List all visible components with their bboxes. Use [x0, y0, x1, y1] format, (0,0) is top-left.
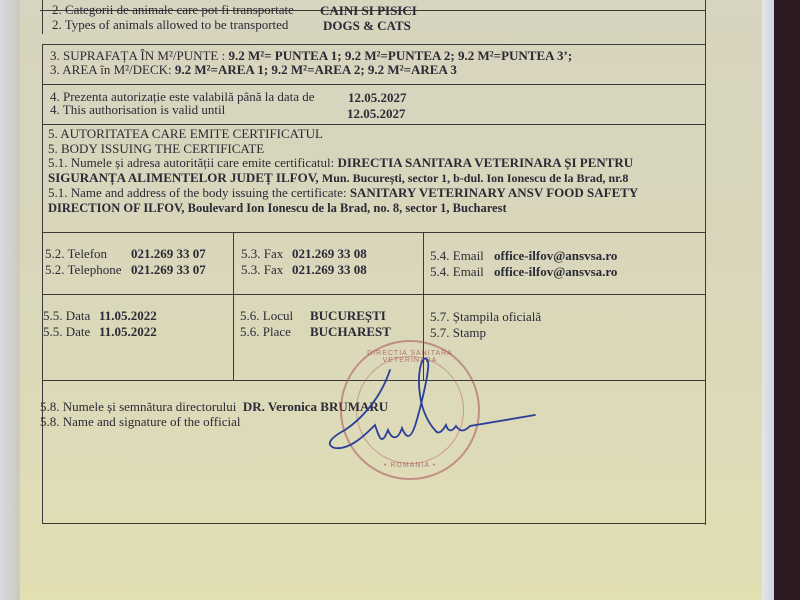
divider — [42, 232, 705, 233]
section3-area-ro: 3. SUPRAFAȚA ÎN M²/PUNTE : 9.2 M²= PUNTE… — [50, 49, 572, 63]
email-label-ro: 5.4. Email — [430, 249, 484, 263]
email-label-en: 5.4. Email — [430, 265, 484, 279]
divider — [42, 44, 705, 45]
section2-label-ro: 2. Categorii de animale care pot fi tran… — [52, 3, 294, 17]
signature-label-en: 5.8. Name and signature of the official — [40, 415, 240, 429]
background-surface — [774, 0, 800, 600]
divider — [42, 124, 705, 125]
section3-area-en-prefix: 3. AREA în M²/DECK: — [50, 62, 175, 77]
divider — [42, 84, 705, 85]
date-label-en: 5.5. Date — [43, 325, 90, 339]
section4-value-ro: 12.05.2027 — [348, 91, 407, 105]
section5-title-ro: 5. AUTORITATEA CARE EMITE CERTIFICATUL — [48, 127, 323, 141]
place-label-en: 5.6. Place — [240, 325, 291, 339]
section3-area-ro-values: 9.2 M²= PUNTEA 1; 9.2 M²=PUNTEA 2; 9.2 M… — [228, 48, 572, 63]
phone-value-en: 021.269 33 07 — [131, 263, 206, 277]
place-label-ro: 5.6. Locul — [240, 309, 293, 323]
divider — [233, 232, 234, 380]
section5-name-ro-line2: SIGURANȚA ALIMENTELOR JUDEȚ ILFOV, Mun. … — [48, 171, 628, 185]
divider — [42, 44, 43, 524]
section5-name-value-en-2: DIRECTION OF ILFOV, Boulevard Ion Ionesc… — [48, 201, 507, 215]
section3-area-ro-prefix: 3. SUPRAFAȚA ÎN M²/PUNTE : — [50, 48, 228, 63]
section5-name-en: 5.1. Name and address of the body issuin… — [48, 186, 638, 200]
fax-value-en: 021.269 33 08 — [292, 263, 367, 277]
date-label-ro: 5.5. Data — [43, 309, 90, 323]
fax-label-ro: 5.3. Fax — [241, 247, 283, 261]
section2-value-ro: CAINI SI PISICI — [320, 4, 417, 18]
section4-value-en: 12.05.2027 — [347, 107, 406, 121]
section5-address-ro: Mun. București, sector 1, b-dul. Ion Ion… — [322, 171, 629, 185]
email-value-ro[interactable]: office-ilfov@ansvsa.ro — [494, 249, 617, 263]
email-value-en[interactable]: office-ilfov@ansvsa.ro — [494, 265, 617, 279]
fax-label-en: 5.3. Fax — [241, 263, 283, 277]
place-value-ro: BUCUREȘTI — [310, 309, 386, 323]
divider — [705, 0, 706, 525]
section5-name-value-ro-1: DIRECTIA SANITARA VETERINARA ȘI PENTRU — [338, 155, 634, 170]
date-value-ro: 11.05.2022 — [99, 309, 157, 323]
stamp-label-ro: 5.7. Ștampila oficială — [430, 310, 541, 324]
section2-value-en: DOGS & CATS — [323, 19, 411, 33]
stamp-label-en: 5.7. Stamp — [430, 326, 486, 340]
section5-name-ro: 5.1. Numele și adresa autorității care e… — [48, 156, 633, 170]
place-value-en: BUCHAREST — [310, 325, 391, 339]
divider — [42, 523, 705, 524]
phone-label-ro: 5.2. Telefon — [45, 247, 107, 261]
fax-value-ro: 021.269 33 08 — [292, 247, 367, 261]
section3-area-en-values: 9.2 M²=AREA 1; 9.2 M²=AREA 2; 9.2 M²=ARE… — [175, 62, 457, 77]
section5-title-en: 5. BODY ISSUING THE CERTIFICATE — [48, 142, 264, 156]
date-value-en: 11.05.2022 — [99, 325, 157, 339]
section4-label-en: 4. This authorisation is valid until — [50, 103, 225, 117]
section5-name-label-ro: 5.1. Numele și adresa autorității care e… — [48, 155, 338, 170]
section3-area-en: 3. AREA în M²/DECK: 9.2 M²=AREA 1; 9.2 M… — [50, 63, 457, 77]
divider — [42, 0, 43, 34]
handwritten-signature — [320, 340, 540, 490]
signature-label-ro-text: 5.8. Numele și semnătura directorului — [40, 399, 236, 414]
section5-name-value-en-1: SANITARY VETERINARY ANSV FOOD SAFETY — [350, 185, 639, 200]
section5-name-label-en: 5.1. Name and address of the body issuin… — [48, 185, 350, 200]
paper-left-edge — [0, 0, 20, 600]
paper-right-edge — [762, 0, 774, 600]
phone-label-en: 5.2. Telephone — [45, 263, 121, 277]
divider — [42, 294, 705, 295]
section5-name-value-ro-2: SIGURANȚA ALIMENTELOR JUDEȚ ILFOV, — [48, 170, 319, 185]
phone-value-ro: 021.269 33 07 — [131, 247, 206, 261]
section2-label-en: 2. Types of animals allowed to be transp… — [52, 18, 288, 32]
